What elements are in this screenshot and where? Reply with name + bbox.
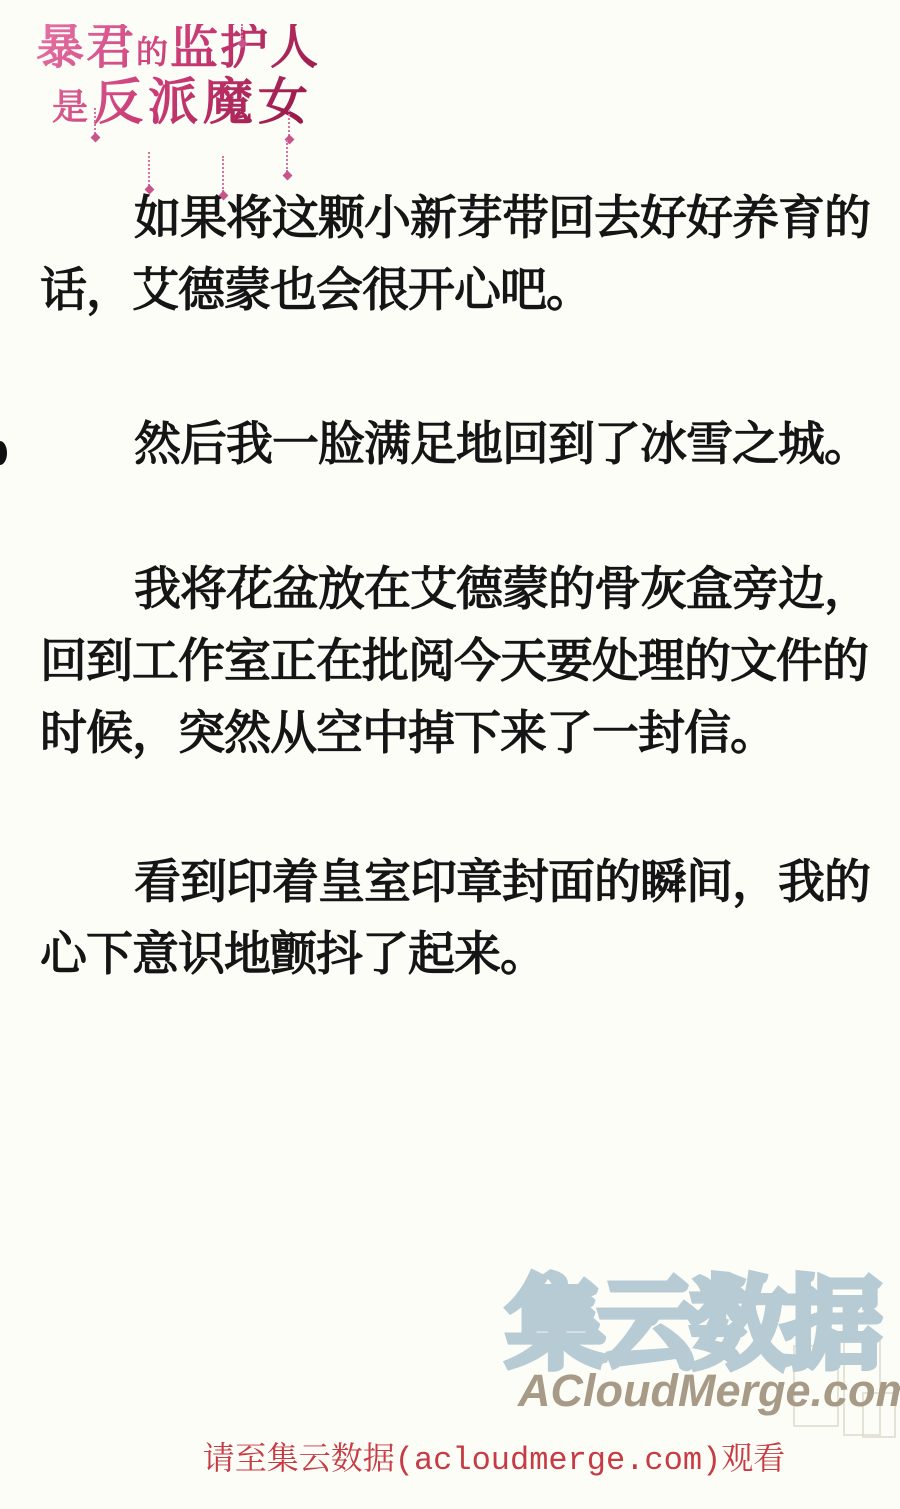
story-paragraph: 看到印着皇室印章封面的瞬间，我的心下意识地颤抖了起来。 — [40, 846, 882, 990]
footer-notice: 请至集云数据(acloudmerge.com)观看 — [0, 1433, 900, 1479]
logo-ornament-diamond — [148, 152, 150, 186]
watermark-site-name: 集云数据 — [506, 1270, 874, 1380]
story-paragraph: 如果将这颗小新芽带回去好好养育的话，艾德蒙也会很开心吧。 — [40, 182, 882, 326]
series-logo-text: 暴君的监护人 是反派魔女 — [36, 24, 326, 128]
logo-text-part-small: 的 — [136, 34, 170, 70]
story-paragraph: 我将花盆放在艾德蒙的骨灰盒旁边，回到工作室正在批阅今天要处理的文件的时候，突然从… — [40, 553, 882, 769]
logo-text-part: 暴君 — [36, 21, 136, 74]
stray-ink-mark — [0, 441, 7, 465]
logo-ornament-diamond — [94, 108, 96, 134]
logo-ornament-diamond — [288, 110, 290, 136]
story-paragraph: 然后我一脸满足地回到了冰雪之城。 — [40, 408, 882, 480]
logo-text-part: 监护人 — [170, 21, 320, 74]
series-logo-line1: 暴君的监护人 — [36, 24, 326, 73]
logo-text-part-small: 是 — [52, 87, 93, 127]
logo-ornament-diamond — [241, 24, 243, 40]
comic-text-page: 暴君的监护人 是反派魔女 如果将这颗小新芽带回去好好养育的话，艾德蒙也会很开心吧… — [0, 0, 900, 1509]
logo-ornament-diamond — [286, 140, 288, 172]
series-logo: 暴君的监护人 是反派魔女 — [36, 24, 326, 204]
watermark-site-domain: ACloudMerge.com — [518, 1366, 900, 1416]
logo-text-part: 反派魔女 — [93, 74, 313, 130]
